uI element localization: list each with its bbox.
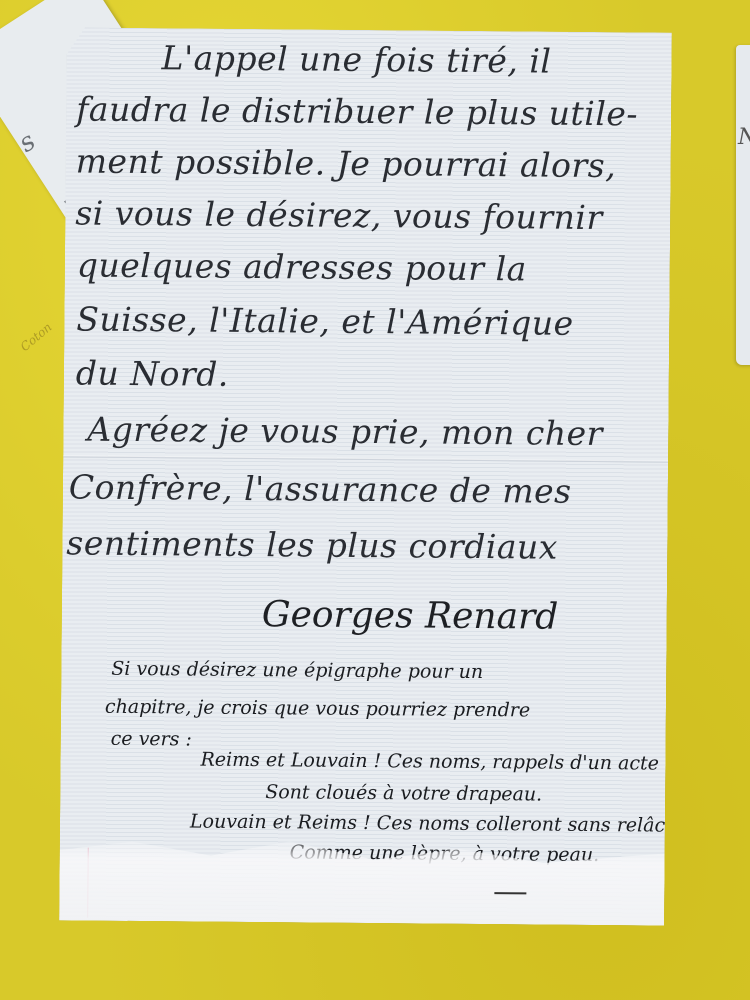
letter-line: quelques adresses pour la — [77, 245, 527, 288]
letter-line: ment possible. Je pourrai alors, — [76, 141, 617, 185]
postscript-line: Si vous désirez une épigraphe pour un — [111, 658, 483, 683]
verse-line: Reims et Louvain ! Ces noms, rappels d'u… — [200, 749, 722, 776]
letter-line: si vous le désirez, vous fournir — [75, 193, 603, 237]
letter-line: sentiments les plus cordiaux — [66, 523, 558, 566]
postscript-line: ce vers : — [111, 728, 192, 751]
signature: Georges Renard — [262, 594, 559, 638]
letter-line: Confrère, l'assurance de mes — [69, 467, 572, 510]
letter-line: du Nord. — [76, 353, 229, 393]
handwritten-letter: L'appel une fois tiré, il faudra le dist… — [59, 27, 672, 925]
pencil-note: Coton — [18, 320, 55, 354]
background-paper-strip: N — [736, 45, 750, 365]
letter-line: Suisse, l'Italie, et l'Amérique — [76, 299, 574, 342]
verse-line: Louvain et Reims ! Ces noms colleront sa… — [190, 810, 695, 836]
closing-dash — [494, 892, 526, 894]
letter-body: L'appel une fois tiré, il faudra le dist… — [59, 27, 672, 925]
letter-line: L'appel une fois tiré, il — [161, 38, 551, 80]
verse-line: Sont cloués à votre drapeau. — [265, 781, 542, 805]
letter-line: Agréez je vous prie, mon cher — [87, 410, 603, 453]
strip-handwriting: N — [738, 125, 750, 150]
envelope-handwriting-fragment: s — [13, 126, 41, 158]
postscript-line: chapitre, je crois que vous pourriez pre… — [105, 696, 530, 722]
letter-line: faudra le distribuer le plus utile- — [76, 89, 638, 133]
